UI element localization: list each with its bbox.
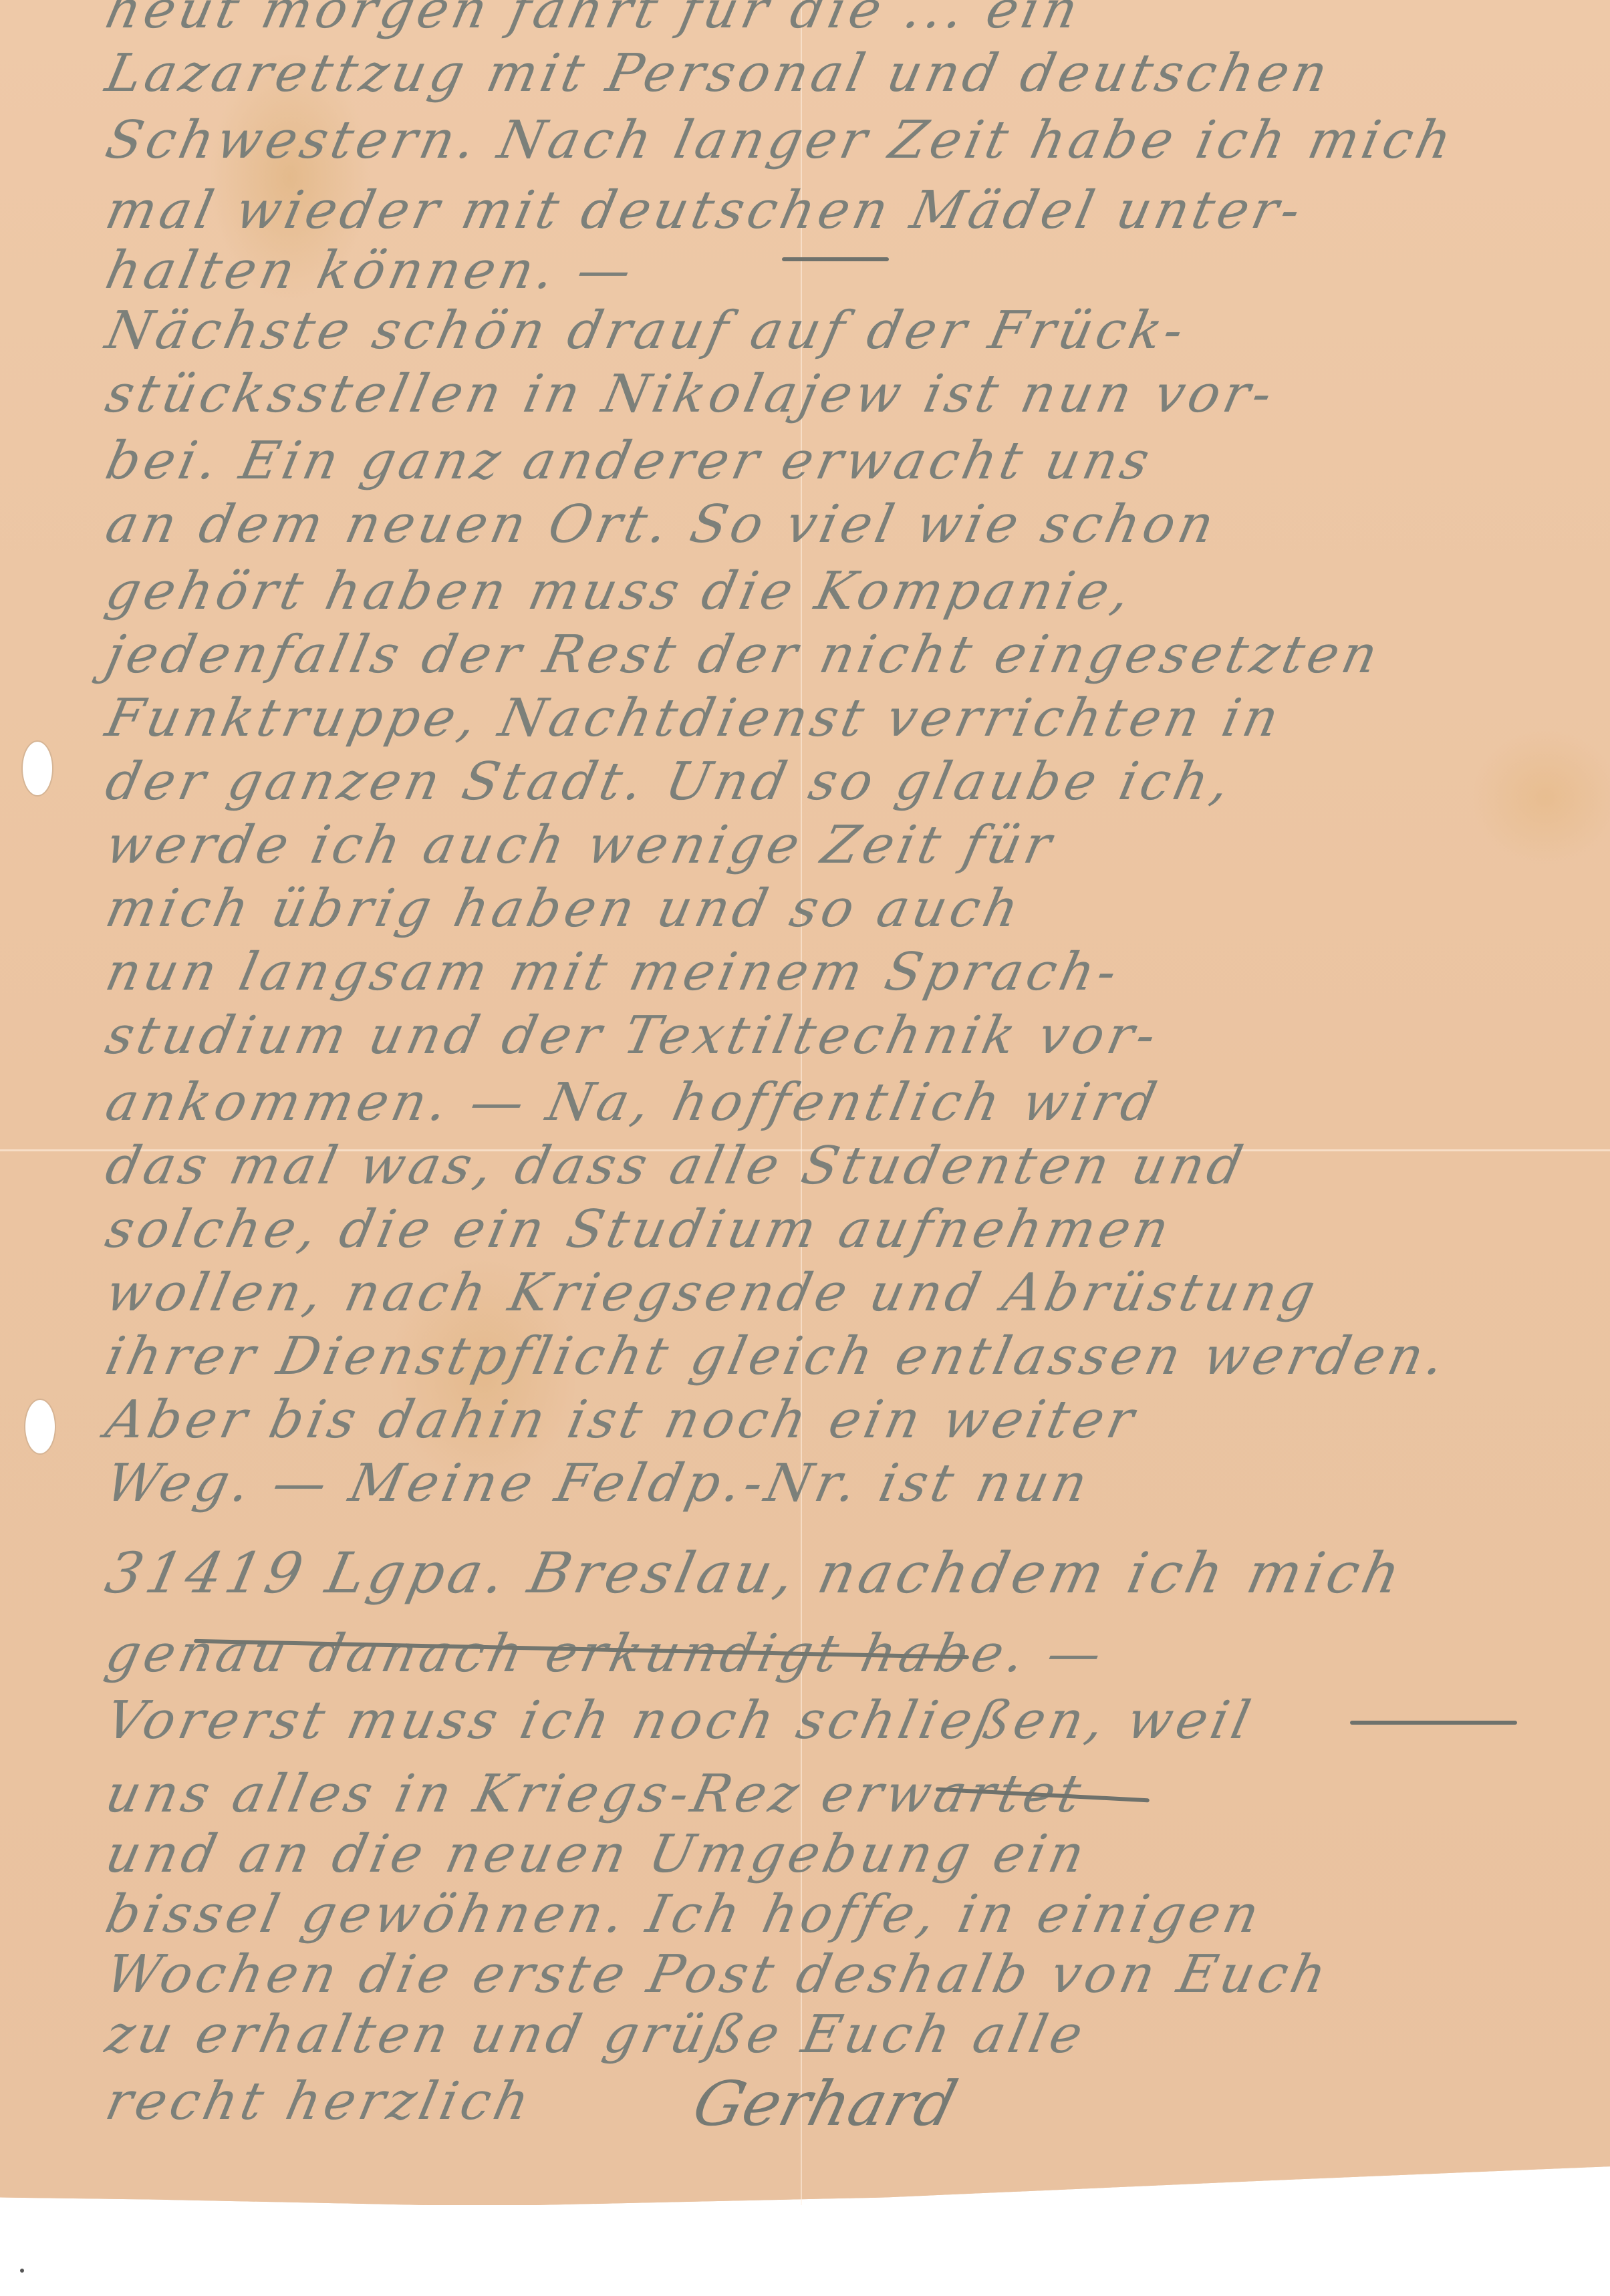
letter-line: das mal was, dass alle Studenten und: [100, 1136, 1251, 1196]
letter-line: Schwestern. Nach langer Zeit habe ich mi…: [100, 110, 1460, 170]
feldpost-line: 31419 Lgpa. Breslau, nachdem ich mich: [100, 1540, 1410, 1606]
dash-stroke: [1350, 1721, 1517, 1725]
letter-line: Vorerst muss ich noch schließen, weil: [100, 1691, 1259, 1751]
scan-speck: [20, 2269, 24, 2273]
letter-line: bei. Ein ganz anderer erwacht uns: [100, 431, 1158, 491]
letter-line: recht herzlich: [100, 2071, 538, 2132]
letter-line: Lazarettzug mit Personal und deutschen: [100, 43, 1336, 104]
letter-line: gehört haben muss die Kompanie,: [100, 561, 1139, 621]
letter-line: mal wieder mit deutschen Mädel unter-: [100, 180, 1309, 241]
letter-line: Funktruppe, Nachtdienst verrichten in: [100, 688, 1287, 748]
letter-line: jedenfalls der Rest der nicht eingesetzt…: [100, 625, 1386, 685]
letter-line: Weg. — Meine Feldp.-Nr. ist nun: [100, 1453, 1096, 1514]
letter-line: genau danach erkundigt habe. —: [100, 1624, 1110, 1684]
letter-line: der ganzen Stadt. Und so glaube ich,: [100, 752, 1238, 812]
letter-line: Nächste schön drauf auf der Frück-: [100, 301, 1192, 361]
letter-line: bissel gewöhnen. Ich hoffe, in einigen: [100, 1884, 1268, 1945]
letter-line: zu erhalten und grüße Euch alle: [100, 2005, 1091, 2065]
punch-hole-upper: [23, 742, 52, 795]
signature: Gerhard: [686, 2068, 964, 2140]
letter-line: an dem neuen Ort. So viel wie schon: [100, 494, 1222, 555]
letter-line: ankommen. — Na, hoffentlich wird: [100, 1072, 1165, 1133]
letter-line: werde ich auch wenige Zeit für: [100, 815, 1060, 875]
letter-line: ihrer Dienstpflicht gleich entlassen wer…: [100, 1326, 1453, 1387]
dash-stroke: [782, 257, 889, 261]
letter-line: mich übrig haben und so auch: [100, 879, 1027, 939]
letter-line: stücksstellen in Nikolajew ist nun vor-: [100, 364, 1281, 424]
letter-line: heut morgen fährt für die ... ein: [100, 0, 1087, 40]
letter-line: studium und der Textiltechnik vor-: [100, 1006, 1165, 1066]
punch-hole-lower: [25, 1400, 55, 1453]
letter-line: halten können. —: [100, 241, 640, 301]
torn-bottom-edge: [0, 2205, 1610, 2296]
letter-line: und an die neuen Umgebung ein: [100, 1824, 1093, 1884]
letter-line: solche, die ein Studium aufnehmen: [100, 1199, 1178, 1260]
letter-line: Wochen die erste Post deshalb von Euch: [100, 1945, 1335, 2005]
letter-line: nun langsam mit meinem Sprach-: [100, 942, 1125, 1002]
letter-line: Aber bis dahin ist noch ein weiter: [100, 1390, 1143, 1450]
letter-line: uns alles in Kriegs-Rez erwartet: [100, 1764, 1089, 1824]
letter-line: wollen, nach Kriegsende und Abrüstung: [100, 1263, 1324, 1323]
